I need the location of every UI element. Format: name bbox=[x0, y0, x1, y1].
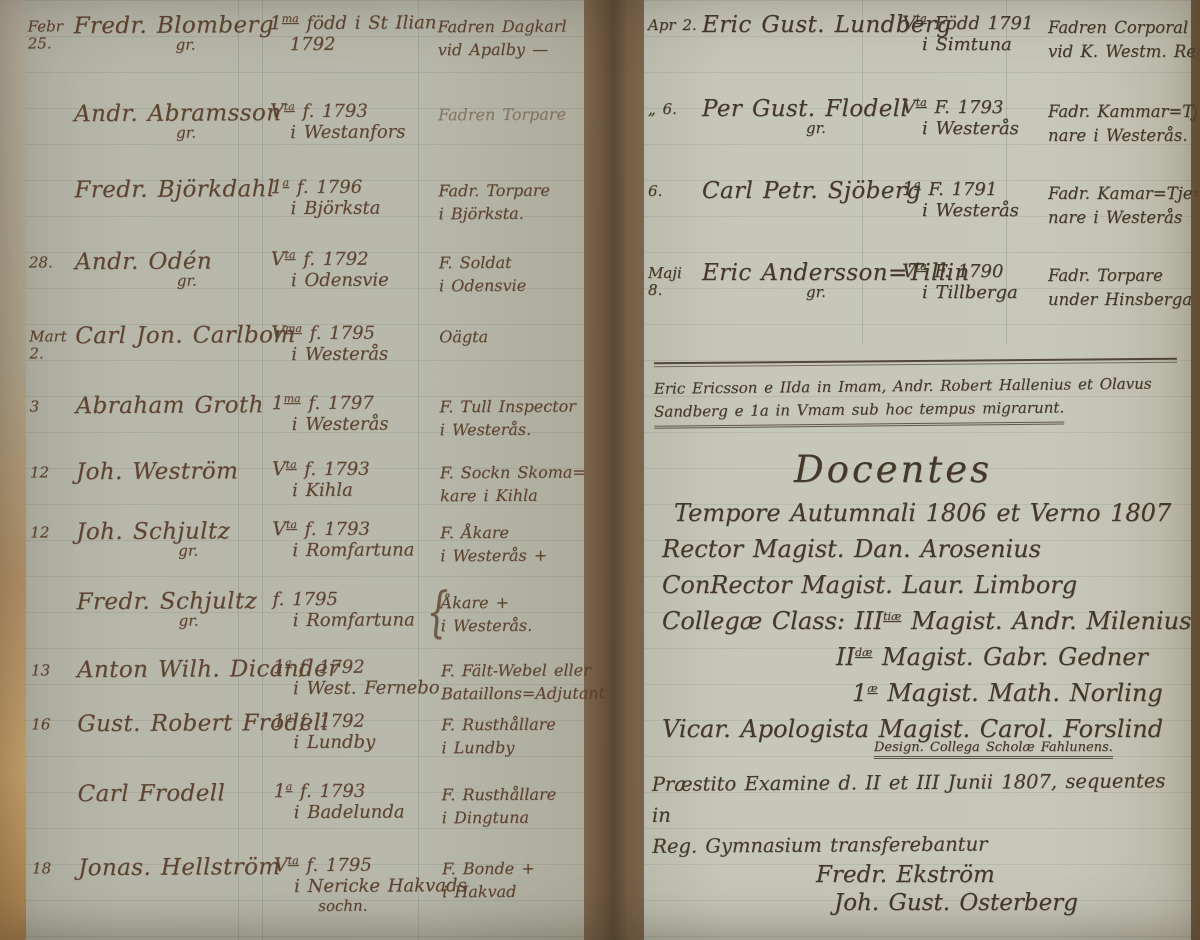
student-name: Abraham Groth bbox=[76, 392, 272, 419]
father-line2: i Björksta. bbox=[439, 202, 579, 226]
register-entry: 12 Joh. Schjultzgr. Vta f. 1793i Romfart… bbox=[30, 517, 580, 590]
entry-name: Carl Petr. Sjöberg bbox=[702, 178, 902, 201]
birth-line1: f. 1792 bbox=[303, 249, 368, 270]
collega-2-name: Magist. Gabr. Gedner bbox=[872, 643, 1148, 671]
entry-father: Fadren Corporalvid K. Westm. Regem: bbox=[1048, 12, 1200, 64]
book-edge-left bbox=[0, 0, 26, 940]
entry-birth: 1ma född i St Ilian1792 bbox=[270, 11, 438, 55]
student-name: Anton Wilh. Dicander bbox=[77, 656, 273, 683]
register-entry: Mart 2. Carl Jon. Carlbom Vma f. 1795i W… bbox=[29, 321, 579, 394]
entry-name: Fredr. Schjultzgr. bbox=[77, 588, 273, 630]
book-gutter bbox=[584, 0, 644, 940]
entry-date: 6. bbox=[648, 178, 702, 200]
register-entry: 18 Jonas. Hellström Vta f. 1795i Nericke… bbox=[32, 853, 582, 940]
class-mark: 1 bbox=[272, 392, 284, 414]
class-mark: 1 bbox=[902, 178, 914, 200]
entry-name: Per Gust. Flodellgr. bbox=[702, 96, 902, 137]
entry-father: {Åkare +i Westerås. bbox=[441, 587, 581, 638]
birth-line1: f. 1793 bbox=[300, 781, 365, 802]
birth-line2: i West. Fernebo bbox=[293, 677, 441, 699]
register-entry: Fredr. Björkdahl 1a f. 1796i Björksta Fa… bbox=[28, 175, 578, 250]
class-mark-sup: ta bbox=[284, 100, 295, 113]
birth-line2: i Nericke Hakvads bbox=[294, 875, 442, 897]
entry-name: Anton Wilh. Dicander bbox=[77, 656, 273, 680]
father-line2: nare i Westerås bbox=[1048, 206, 1200, 230]
class-mark: 1 bbox=[274, 780, 286, 802]
docentes-conrector: ConRector Magist. Laur. Limborg bbox=[662, 571, 1187, 599]
entry-birth: 1ma f. 1797i Westerås bbox=[272, 391, 440, 435]
register-rows-left: Febr 25. Fredr. Blomberggr. 1ma född i S… bbox=[28, 11, 583, 940]
birth-line2: i Kihla bbox=[292, 479, 440, 501]
birth-line1: f. 1795 bbox=[306, 855, 371, 876]
class-mark: V bbox=[270, 100, 284, 122]
docentes-collega-3: Collegæ Class: IIItiæ Magist. Andr. Mile… bbox=[662, 607, 1187, 635]
entry-father: F. Åkarei Westerås + bbox=[440, 517, 580, 568]
entry-birth: Vta f. 1792i Odensvie bbox=[271, 247, 439, 291]
birth-line1: f. 1793 bbox=[302, 101, 367, 122]
entry-father: F. Rusthållarei Dingtuna bbox=[442, 779, 582, 830]
entry-birth: 1a f. 1793i Badelunda bbox=[274, 779, 442, 823]
birth-line2: i Romfartuna bbox=[292, 539, 440, 561]
father-line2: i Dingtuna bbox=[442, 806, 582, 830]
entry-father: F. Bonde +i Hakvad bbox=[442, 853, 582, 904]
father-line2: i Westerås. bbox=[441, 614, 581, 638]
father-line1: Fadr. Torpare bbox=[1048, 264, 1192, 288]
entry-birth: f. 1795i Romfartuna bbox=[273, 587, 441, 631]
entry-name: Fredr. Blomberggr. bbox=[74, 12, 270, 54]
register-entry: 6. Carl Petr. Sjöberg 1a F. 1791i Wester… bbox=[648, 178, 1187, 260]
father-line1: Fadren Torpare bbox=[438, 103, 578, 127]
entry-date: Febr 25. bbox=[28, 13, 74, 53]
register-entry: Apr 2. Eric Gust. Lundberg Vta Född 1791… bbox=[648, 12, 1187, 96]
father-line1: Fadr. Kamar=Tje= bbox=[1048, 182, 1200, 206]
name-suffix: gr. bbox=[177, 271, 271, 289]
student-name: Carl Jon. Carlbom bbox=[75, 322, 271, 349]
father-line1: Åkare + bbox=[441, 591, 581, 615]
register-entry: „ 6. Per Gust. Flodellgr. Vta F. 1793i W… bbox=[648, 96, 1187, 178]
birth-line1: f. 1797 bbox=[308, 393, 373, 414]
father-line1: F. Soldat bbox=[439, 251, 579, 275]
entry-father: F. Soldati Odensvie bbox=[439, 247, 579, 298]
class-mark-sup: a bbox=[285, 710, 292, 723]
entry-father: Fadr. Torparei Björksta. bbox=[438, 175, 578, 226]
entry-date bbox=[28, 177, 74, 182]
entry-name: Carl Frodell bbox=[78, 780, 274, 804]
entry-birth: Vta Född 1791i Simtuna bbox=[902, 12, 1048, 55]
entry-birth: 1a f. 1792i Lundby bbox=[273, 709, 441, 753]
entry-date: 16 bbox=[31, 711, 77, 733]
entry-date: Apr 2. bbox=[648, 12, 702, 34]
birth-line1: f. 1792 bbox=[299, 657, 364, 678]
student-name: Eric Andersson=Tillin bbox=[702, 260, 902, 286]
entry-birth: 1a f. 1796i Björksta bbox=[270, 175, 438, 219]
class-mark-sup: ma bbox=[284, 392, 301, 405]
father-line2: nare i Westerås. bbox=[1048, 124, 1200, 148]
birth-line2: i Lundby bbox=[293, 731, 441, 753]
birth-line2: i Björksta bbox=[291, 197, 439, 219]
entry-date: 12 bbox=[30, 519, 76, 541]
register-entry: Carl Frodell 1a f. 1793i Badelunda F. Ru… bbox=[32, 779, 582, 856]
class-mark: 1 bbox=[273, 710, 285, 732]
class-mark-sup: a bbox=[285, 656, 292, 669]
class-mark-sup: ta bbox=[916, 260, 927, 273]
birth-line2: 1792 bbox=[290, 33, 438, 55]
entry-father: F. Sockn Skoma=kare i Kihla bbox=[440, 457, 586, 508]
birth-line1: F. 1793 bbox=[934, 97, 1003, 118]
entry-birth: Vma f. 1795i Westerås bbox=[271, 321, 439, 365]
entry-father: Fadr. Torpareunder Hinsberga bbox=[1048, 260, 1192, 312]
entry-father: Fadr. Kamar=Tje=nare i Westerås bbox=[1048, 178, 1200, 230]
birth-line2: i Romfartuna bbox=[293, 609, 441, 631]
entry-date: „ 6. bbox=[648, 96, 702, 118]
entry-date: 28. bbox=[29, 249, 75, 271]
father-line1: F. Sockn Skoma= bbox=[440, 461, 586, 485]
student-name: Carl Petr. Sjöberg bbox=[702, 178, 902, 204]
entry-father: F. Fält-Webel ellerBataillons=Adjutant bbox=[441, 654, 605, 705]
section-divider bbox=[654, 358, 1177, 368]
father-line1: Fadr. Kammar=Tje: bbox=[1048, 100, 1200, 124]
entry-father: Oägta bbox=[439, 321, 579, 349]
birth-line1: Född 1791 bbox=[934, 13, 1033, 34]
birth-line1: f. 1793 bbox=[304, 459, 369, 480]
birth-line3: sochn. bbox=[318, 896, 442, 915]
entry-birth: Vta f. 1793i Romfartuna bbox=[272, 517, 440, 561]
father-line1: F. Fält-Webel eller bbox=[441, 658, 605, 682]
birth-line1: F. 1791 bbox=[928, 179, 997, 200]
class-mark: 1 bbox=[270, 176, 282, 198]
father-line2: vid Apalby — bbox=[438, 38, 578, 62]
entry-birth: 1a F. 1791i Westerås bbox=[902, 178, 1048, 221]
birth-line2: i Badelunda bbox=[294, 801, 442, 823]
entry-birth: 1a f. 1792i West. Fernebo bbox=[273, 655, 441, 699]
entry-father: Fadren Torpare bbox=[438, 99, 578, 127]
register-entry: 12 Joh. Weström Vta f. 1793i Kihla F. So… bbox=[30, 457, 580, 520]
class-mark: V bbox=[272, 458, 286, 480]
father-line1: F. Tull Inspector bbox=[440, 395, 580, 419]
father-line2: i Hakvad bbox=[442, 880, 582, 904]
birth-line1: F. 1790 bbox=[934, 261, 1003, 282]
migration-note: Eric Ericsson e IIda in Imam, Andr. Robe… bbox=[654, 372, 1180, 428]
class-mark: V bbox=[274, 854, 288, 876]
migration-note-line2: Sandberg e 1a in Vmam sub hoc tempus mig… bbox=[654, 397, 1064, 429]
birth-line1: f. 1793 bbox=[305, 519, 370, 540]
entry-father: F. Tull Inspectori Westerås. bbox=[440, 391, 580, 442]
entry-date: Maji 8. bbox=[648, 260, 702, 300]
student-name: Eric Gust. Lundberg bbox=[702, 12, 902, 38]
register-entry: Maji 8. Eric Andersson=Tillingr. Vta F. … bbox=[648, 260, 1187, 344]
entry-father: Fadr. Kammar=Tje:nare i Westerås. bbox=[1048, 96, 1200, 148]
entry-name: Abraham Groth bbox=[76, 392, 272, 416]
entry-name: Joh. Weström bbox=[76, 458, 272, 482]
class-mark-sup: a bbox=[286, 780, 293, 793]
birth-line1: född i St Ilian bbox=[306, 12, 436, 34]
birth-line2: i Westerås bbox=[292, 413, 440, 435]
student-name: Andr. Abramsson bbox=[74, 100, 270, 127]
entry-date bbox=[28, 101, 74, 106]
class-mark-sup: ta bbox=[286, 518, 297, 531]
father-line1: F. Rusthållare bbox=[441, 713, 581, 737]
entry-birth: Vta F. 1790i Tillberga bbox=[902, 260, 1048, 303]
father-line2: i Odensvie bbox=[439, 274, 579, 298]
collega-1-class-sup: æ bbox=[867, 682, 877, 695]
entry-date: 3 bbox=[30, 393, 76, 415]
entry-date bbox=[31, 589, 77, 594]
transferred-student-2: Joh. Gust. Osterberg bbox=[834, 890, 1187, 916]
father-line1: F. Rusthållare bbox=[442, 783, 582, 807]
father-line2: i Westerås. bbox=[440, 418, 580, 442]
collega-1-name: Magist. Math. Norling bbox=[878, 679, 1163, 707]
examine-line1: Præstito Examine d. II et III Junii 1807… bbox=[652, 765, 1181, 831]
book-edge-right bbox=[1191, 0, 1200, 940]
docentes-collega-1: 1æ Magist. Math. Norling bbox=[852, 679, 1187, 707]
entry-birth: Vta F. 1793i Westerås bbox=[902, 96, 1048, 139]
student-name: Carl Frodell bbox=[78, 780, 274, 807]
birth-line2: i Westerås bbox=[291, 343, 439, 365]
entry-name: Eric Gust. Lundberg bbox=[702, 12, 902, 35]
register-entry: Fredr. Schjultzgr. f. 1795i Romfartuna {… bbox=[31, 587, 581, 658]
father-line1: Fadren Corporal bbox=[1048, 16, 1200, 40]
father-line2: i Lundby bbox=[441, 736, 581, 760]
birth-line1: f. 1795 bbox=[310, 323, 375, 344]
class-mark-sup: ma bbox=[282, 12, 299, 25]
father-line2: kare i Kihla bbox=[440, 484, 586, 508]
brace-mark: { bbox=[427, 574, 449, 653]
birth-line2: i Simtuna bbox=[922, 34, 1048, 55]
father-line2: i Westerås + bbox=[440, 544, 580, 568]
register-entry: 16 Gust. Robert Frodell 1a f. 1792i Lund… bbox=[31, 709, 581, 782]
vicar-designation-note: Design. Collega Scholæ Fahlunens. bbox=[874, 740, 1113, 759]
entry-name: Andr. Odéngr. bbox=[75, 248, 271, 290]
class-mark: V bbox=[271, 322, 285, 344]
page-left: Febr 25. Fredr. Blomberggr. 1ma född i S… bbox=[26, 0, 584, 940]
father-line1: Fadr. Torpare bbox=[438, 179, 578, 203]
student-name: Jonas. Hellström bbox=[78, 854, 274, 881]
book-photo: Febr 25. Fredr. Blomberggr. 1ma född i S… bbox=[0, 0, 1200, 940]
entry-date: 12 bbox=[30, 459, 76, 481]
entry-name: Gust. Robert Frodell bbox=[77, 710, 273, 734]
docentes-period: Tempore Autumnali 1806 et Verno 1807 bbox=[674, 499, 1187, 527]
student-name: Fredr. Schjultz bbox=[77, 588, 273, 615]
docentes-collega-2: IIdæ Magist. Gabr. Gedner bbox=[836, 643, 1187, 671]
father-line2: Bataillons=Adjutant bbox=[441, 682, 605, 706]
docentes-heading: Docentes bbox=[794, 448, 1187, 491]
class-mark-sup: ta bbox=[916, 96, 927, 109]
father-line1: F. Åkare bbox=[440, 521, 580, 545]
register-entry: 3 Abraham Groth 1ma f. 1797i Westerås F.… bbox=[30, 391, 580, 460]
collega-2-class: II bbox=[836, 643, 855, 671]
birth-line2: i Tillberga bbox=[922, 282, 1048, 303]
transferred-student-1: Fredr. Ekström bbox=[816, 862, 1187, 888]
examine-note: Præstito Examine d. II et III Junii 1807… bbox=[652, 765, 1182, 862]
student-name: Per Gust. Flodell bbox=[702, 96, 902, 122]
class-mark-sup: ma bbox=[285, 322, 302, 335]
birth-line2: i Westerås bbox=[922, 200, 1048, 221]
entry-father: F. Rusthållarei Lundby bbox=[441, 709, 581, 760]
collega-3-name: Magist. Andr. Milenius bbox=[901, 607, 1191, 635]
entry-name: Fredr. Björkdahl bbox=[74, 176, 270, 200]
register-entry: Andr. Abramssongr. Vta f. 1793i Westanfo… bbox=[28, 99, 578, 178]
class-mark: V bbox=[902, 12, 916, 34]
entry-name: Joh. Schjultzgr. bbox=[76, 518, 272, 560]
birth-line1: f. 1796 bbox=[297, 177, 362, 198]
father-line2: under Hinsberga bbox=[1048, 288, 1192, 312]
birth-line1: f. 1792 bbox=[300, 711, 365, 732]
collega-1-class: 1 bbox=[852, 679, 867, 707]
student-name: Gust. Robert Frodell bbox=[77, 710, 273, 737]
entry-name: Eric Andersson=Tillingr. bbox=[702, 260, 902, 301]
student-name: Fredr. Björkdahl bbox=[74, 176, 270, 203]
class-mark: V bbox=[902, 96, 916, 118]
father-line1: Fadren Dagkarl bbox=[438, 15, 578, 39]
docentes-rector: Rector Magist. Dan. Arosenius bbox=[662, 535, 1187, 563]
class-mark: 1 bbox=[273, 656, 285, 678]
entry-date: Mart 2. bbox=[29, 323, 75, 363]
entry-birth: Vta f. 1795i Nericke Hakvadssochn. bbox=[274, 853, 442, 915]
class-mark-sup: ta bbox=[286, 458, 297, 471]
father-line1: F. Bonde + bbox=[442, 857, 582, 881]
migration-note-line1: Eric Ericsson e IIda in Imam, Andr. Robe… bbox=[654, 372, 1179, 401]
collega-3-class-sup: tiæ bbox=[883, 610, 901, 623]
entry-name: Andr. Abramssongr. bbox=[74, 100, 270, 142]
register-entry: Febr 25. Fredr. Blomberggr. 1ma född i S… bbox=[28, 11, 578, 102]
class-mark-sup: ta bbox=[916, 12, 927, 25]
birth-line2: i Westerås bbox=[922, 118, 1048, 139]
father-line1: Oägta bbox=[439, 325, 579, 349]
collega-2-class-sup: dæ bbox=[855, 646, 872, 659]
register-entry: 28. Andr. Odéngr. Vta f. 1792i Odensvie … bbox=[29, 247, 579, 324]
register-entry: 13 Anton Wilh. Dicander 1a f. 1792i West… bbox=[31, 655, 581, 712]
register-rows-right: Apr 2. Eric Gust. Lundberg Vta Född 1791… bbox=[648, 12, 1187, 916]
entry-name: Carl Jon. Carlbom bbox=[75, 322, 271, 346]
class-mark-sup: a bbox=[914, 178, 921, 191]
entry-date bbox=[32, 781, 78, 786]
collega-3-class: Collegæ Class: III bbox=[662, 607, 883, 635]
entry-name: Jonas. Hellström bbox=[78, 854, 274, 878]
docentes-vicar: Vicar. Apologista Magist. Carol. Forslin… bbox=[662, 715, 1187, 743]
father-line2: vid K. Westm. Regem: bbox=[1048, 40, 1200, 64]
class-mark-sup: a bbox=[283, 176, 290, 189]
student-name: Joh. Weström bbox=[76, 458, 272, 485]
entry-date: 13 bbox=[31, 657, 77, 679]
class-mark-sup: ta bbox=[288, 854, 299, 867]
birth-line2: i Odensvie bbox=[291, 269, 439, 291]
entry-birth: Vta f. 1793i Westanfors bbox=[270, 99, 438, 143]
student-name: Fredr. Blomberg bbox=[74, 12, 270, 39]
class-mark: V bbox=[272, 518, 286, 540]
class-mark: V bbox=[271, 248, 285, 270]
entry-father: Fadren Dagkarlvid Apalby — bbox=[438, 11, 578, 62]
examine-line2: Reg. Gymnasium transferebantur bbox=[652, 827, 1181, 862]
class-mark: V bbox=[902, 260, 916, 282]
class-mark-sup: ta bbox=[285, 248, 296, 261]
birth-line1: f. 1795 bbox=[273, 589, 338, 610]
class-mark: 1 bbox=[270, 12, 282, 34]
page-right: Apr 2. Eric Gust. Lundberg Vta Född 1791… bbox=[644, 0, 1191, 940]
birth-line2: i Westanfors bbox=[290, 121, 438, 143]
entry-birth: Vta f. 1793i Kihla bbox=[272, 457, 440, 501]
entry-date: 18 bbox=[32, 855, 78, 877]
